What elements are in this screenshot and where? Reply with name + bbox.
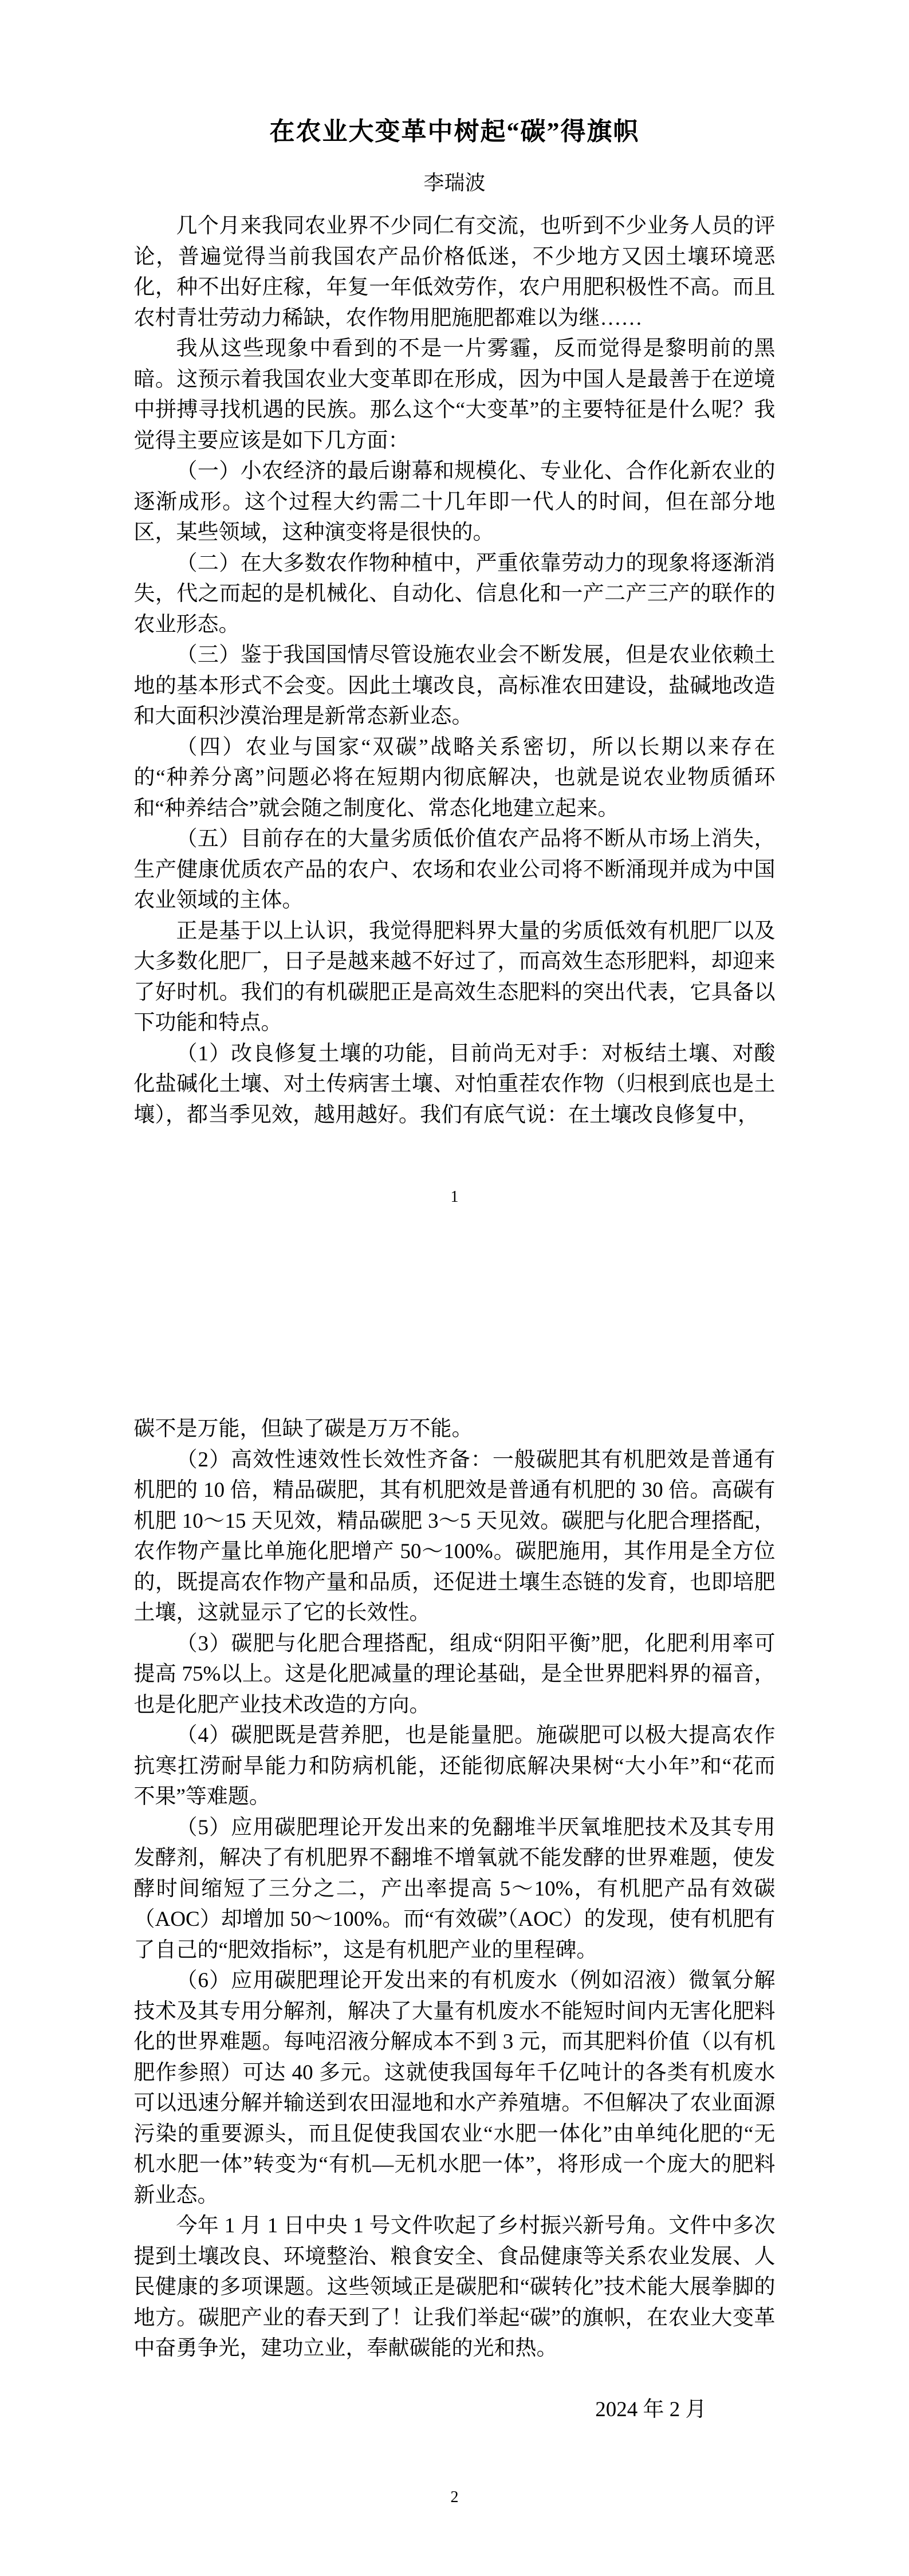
- document-page-1: 在农业大变革中树起“碳”得旗帜 李瑞波 几个月来我同农业界不少同仁有交流，也听到…: [134, 0, 776, 1207]
- page-1-body: 几个月来我同农业界不少同仁有交流，也听到不少业务人员的评论，普遍觉得当前我国农产…: [134, 211, 776, 1130]
- paragraph: （一）小农经济的最后谢幕和规模化、专业化、合作化新农业的逐渐成形。这个过程大约需…: [134, 456, 776, 548]
- paragraph: （1）改良修复土壤的功能，目前尚无对手：对板结土壤、对酸化盐碱化土壤、对土传病害…: [134, 1039, 776, 1131]
- paragraph: （4）碳肥既是营养肥，也是能量肥。施碳肥可以极大提高农作抗寒扛涝耐旱能力和防病机…: [134, 1720, 776, 1812]
- paragraph: 我从这些现象中看到的不是一片雾霾，反而觉得是黎明前的黑暗。这预示着我国农业大变革…: [134, 333, 776, 456]
- paragraph: 正是基于以上认识，我觉得肥料界大量的劣质低效有机肥厂以及大多数化肥厂，日子是越来…: [134, 916, 776, 1039]
- document-title: 在农业大变革中树起“碳”得旗帜: [134, 116, 776, 147]
- page-2-body: 碳不是万能，但缺了碳是万万不能。 （2）高效性速效性长效性齐备：一般碳肥其有机肥…: [134, 1414, 776, 2364]
- paragraph: （6）应用碳肥理论开发出来的有机废水（例如沼液）微氧分解技术及其专用分解剂，解决…: [134, 1965, 776, 2211]
- author-byline: 李瑞波: [134, 170, 776, 195]
- paragraph: （三）鉴于我国国情尽管设施农业会不断发展，但是农业依赖土地的基本形式不会变。因此…: [134, 640, 776, 732]
- paragraph-continuation: 碳不是万能，但缺了碳是万万不能。: [134, 1414, 776, 1445]
- page-number-2: 2: [134, 2488, 776, 2576]
- paragraph: （5）应用碳肥理论开发出来的免翻堆半厌氧堆肥技术及其专用发酵剂，解决了有机肥界不…: [134, 1812, 776, 1966]
- paragraph: （2）高效性速效性长效性齐备：一般碳肥其有机肥效是普通有机肥的 10 倍，精品碳…: [134, 1445, 776, 1629]
- paragraph: 今年 1 月 1 日中央 1 号文件吹起了乡村振兴新号角。文件中多次提到土壤改良…: [134, 2211, 776, 2364]
- paragraph: （二）在大多数农作物种植中，严重依靠劳动力的现象将逐渐消失，代之而起的是机械化、…: [134, 548, 776, 640]
- page-number-1: 1: [134, 1187, 776, 1207]
- paragraph: （四）农业与国家“双碳”战略关系密切，所以长期以来存在的“种养分离”问题必将在短…: [134, 732, 776, 824]
- document-page-2: 碳不是万能，但缺了碳是万万不能。 （2）高效性速效性长效性齐备：一般碳肥其有机肥…: [134, 1207, 776, 2576]
- paragraph: （3）碳肥与化肥合理搭配，组成“阴阳平衡”肥，化肥利用率可提高 75%以上。这是…: [134, 1629, 776, 1721]
- paragraph: （五）目前存在的大量劣质低价值农产品将不断从市场上消失，生产健康优质农产品的农户…: [134, 824, 776, 916]
- paragraph: 几个月来我同农业界不少同仁有交流，也听到不少业务人员的评论，普遍觉得当前我国农产…: [134, 211, 776, 333]
- date-line: 2024 年 2 月: [134, 2394, 776, 2425]
